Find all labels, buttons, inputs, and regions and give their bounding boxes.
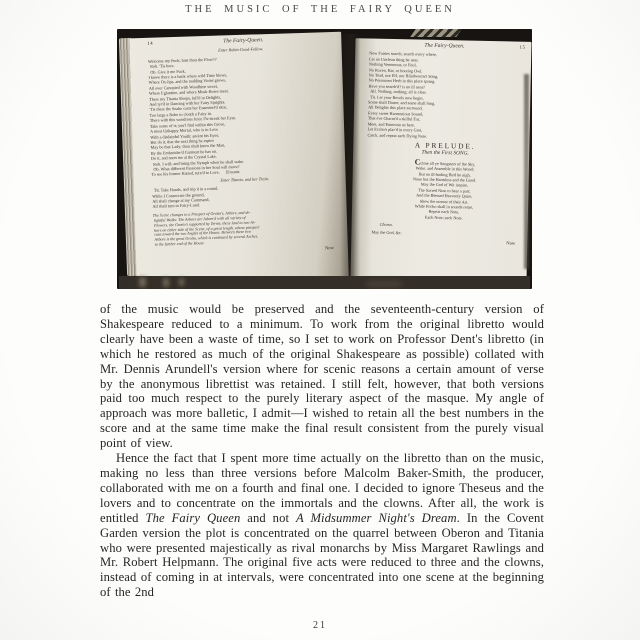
libretto-right-page: The Fairy-Queen. 15 Now Fairies search, … [351,38,532,282]
foreground-blur [163,278,169,287]
right-running-title: The Fairy-Queen. [369,42,519,51]
titania-verse-block: Tit. Take Hands, and trip it in a round,… [152,182,339,209]
folio-page-number: 21 [0,620,640,631]
fairies-incantation-block: Now Fairies search, search every where, … [367,51,525,141]
paragraph-continuation: of the music would be preserved and the … [100,302,544,451]
right-page-head: The Fairy-Queen. 15 [369,42,525,51]
book-gutter-shadow [340,34,360,282]
page-clip [410,29,462,37]
foreground-blur [179,278,184,286]
right-catchword: Now [365,237,521,246]
first-song-heading: Then the First SONG. [367,150,523,159]
chorus-line: May the God, &c. [371,229,521,238]
foreground-blur [139,277,146,287]
book-fore-edge-right [524,74,529,269]
paragraph-hence: Hence the fact that I spent more time ac… [100,451,544,600]
libretto-photograph: 14 The Fairy-Queen. Enter Robin-Good-Fel… [117,29,532,289]
libretto-left-page: 14 The Fairy-Queen. Enter Robin-Good-Fel… [129,32,349,285]
foreground-blur [367,281,401,287]
title-midsummer-dream: A Midsummer Night's Dream [296,511,457,525]
book-page: THE MUSIC OF THE FAIRY QUEEN 14 The Fair… [0,0,640,640]
right-page-number: 15 [520,46,526,52]
first-song-block: COme all ye Songsters of the Sky, Wake, … [366,158,523,222]
paragraph-hence-part2: and not [240,511,296,525]
title-fairy-queen: The Fairy Queen [145,511,240,525]
body-text: of the music would be preserved and the … [100,302,544,600]
running-header-title: THE MUSIC OF THE FAIRY QUEEN [0,4,640,15]
scene-change-note: The Scene changes to a Prospect of Grott… [153,208,340,248]
left-verse-block: Welcome my Puck; hast thou the Flow'r? R… [148,53,338,178]
